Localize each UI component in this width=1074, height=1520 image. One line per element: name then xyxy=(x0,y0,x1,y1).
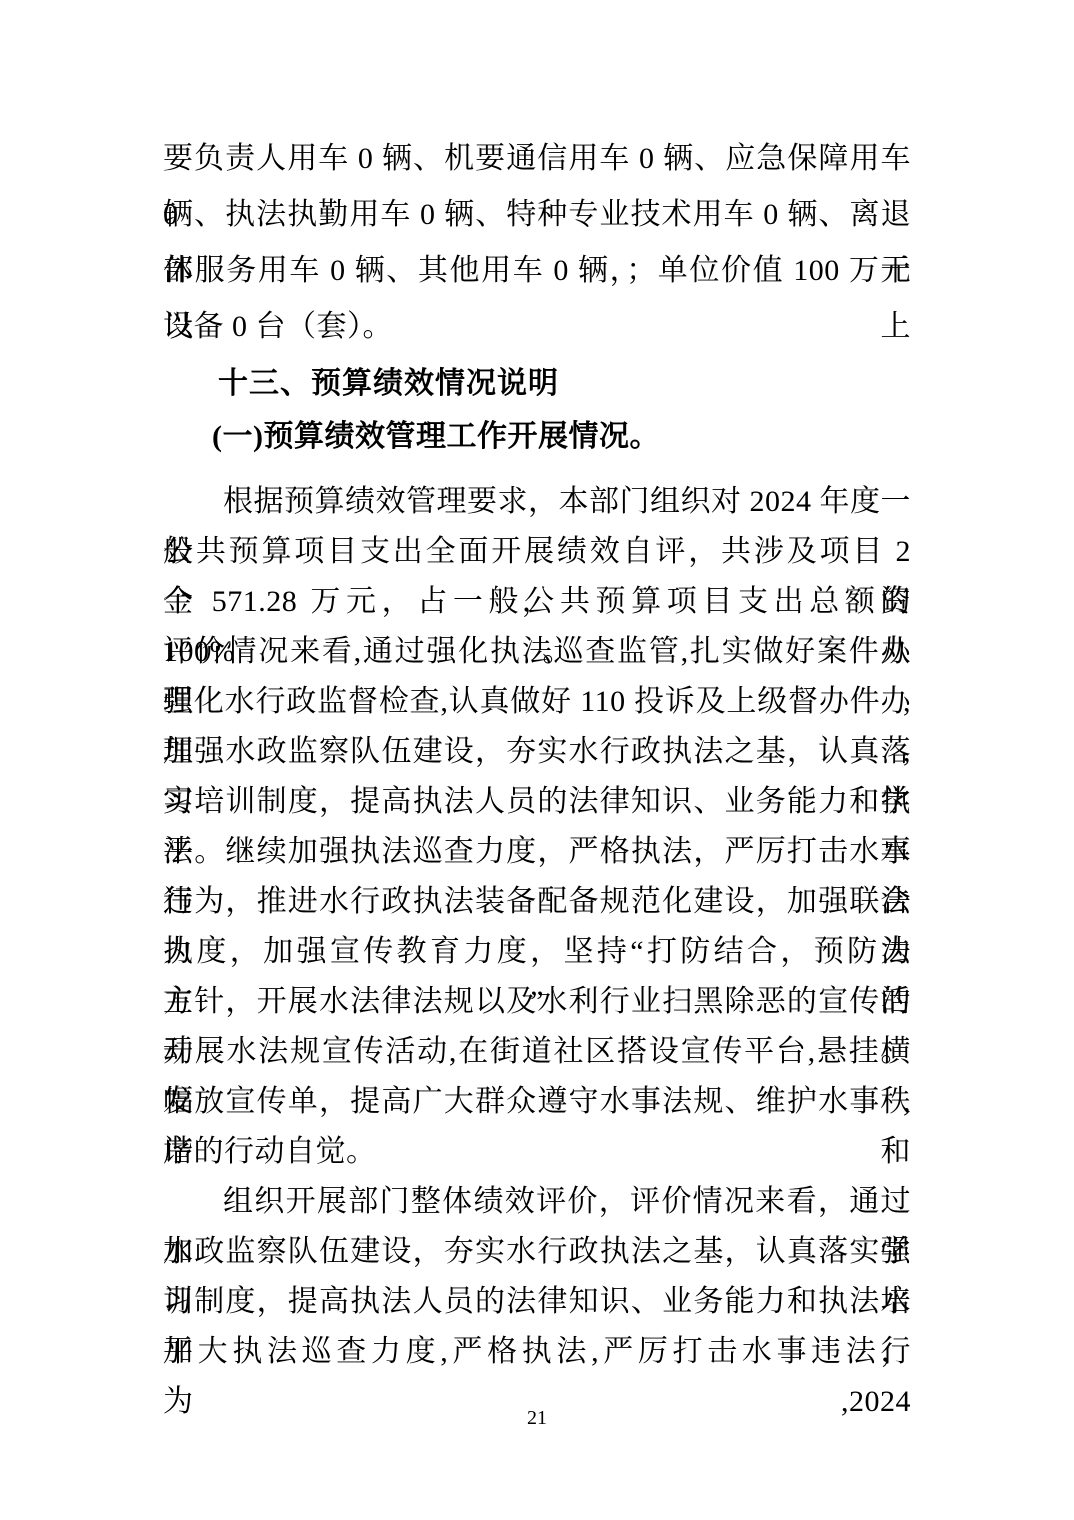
text-line: 要负责人用车 0 辆、机要通信用车 0 辆、应急保障用车 0 xyxy=(163,131,911,187)
paragraph-vehicle-counts: 要负责人用车 0 辆、机要通信用车 0 辆、应急保障用车 0 辆、执法执勤用车 … xyxy=(163,131,911,355)
section-subheading: (一)预算绩效管理工作开展情况。 xyxy=(163,412,911,462)
page-number: 21 xyxy=(0,1404,1074,1432)
text-line: 评价情况来看,通过强化执法巡查监管,扎实做好案件办理, xyxy=(163,627,911,677)
document-page: 要负责人用车 0 辆、机要通信用车 0 辆、应急保障用车 0 辆、执法执勤用车 … xyxy=(0,0,1074,1520)
text-line: 部服务用车 0 辆、其他用车 0 辆，；单位价值 100 万元以上 xyxy=(163,243,911,299)
text-line: 行为，推进水行政执法装备配备规范化建设，加强联合执法 xyxy=(163,877,911,927)
text-line: 水政监察队伍建设，夯实水行政执法之基，认真落实学习培 xyxy=(163,1227,911,1277)
text-line: 力度，加强宣传教育力度，坚持“打防结合，预防为主”的 xyxy=(163,927,911,977)
text-line: 加大执法巡查力度,严格执法,严厉打击水事违法行为,2024 xyxy=(163,1327,911,1377)
text-line: 加强水政监察队伍建设，夯实水行政执法之基，认真落实学 xyxy=(163,727,911,777)
text-line: 公共预算项目支出全面开展绩效自评，共涉及项目 2 个，资 xyxy=(163,527,911,577)
text-line: 金 571.28 万元，占一般公共预算项目支出总额的 100%。从 xyxy=(163,577,911,627)
text-line: 开展水法规宣传活动,在街道社区搭设宣传平台,悬挂横幅, xyxy=(163,1027,911,1077)
paragraph-performance-self-evaluation: 根据预算绩效管理要求，本部门组织对 2024 年度一般 公共预算项目支出全面开展… xyxy=(163,477,911,1177)
text-line: 平。继续加强执法巡查力度，严格执法，严厉打击水事违法 xyxy=(163,827,911,877)
section-heading: 十三、预算绩效情况说明 xyxy=(163,359,911,409)
text-line: 方针，开展水法律法规以及水利行业扫黑除恶的宣传活动。 xyxy=(163,977,911,1027)
paragraph-overall-performance-evaluation: 组织开展部门整体绩效评价，评价情况来看，通过加强 水政监察队伍建设，夯实水行政执… xyxy=(163,1177,911,1377)
text-line: 强化水行政监督检查,认真做好 110 投诉及上级督办件办理, xyxy=(163,677,911,727)
document-body: 要负责人用车 0 辆、机要通信用车 0 辆、应急保障用车 0 辆、执法执勤用车 … xyxy=(163,131,911,1377)
text-line: 训制度，提高执法人员的法律知识、业务能力和执法水平， xyxy=(163,1277,911,1327)
text-line: 辆、执法执勤用车 0 辆、特种专业技术用车 0 辆、离退休干 xyxy=(163,187,911,243)
text-line: 组织开展部门整体绩效评价，评价情况来看，通过加强 xyxy=(163,1177,911,1227)
text-line: 发放宣传单，提高广大群众遵守水事法规、维护水事秩序和 xyxy=(163,1077,911,1127)
text-line: 根据预算绩效管理要求，本部门组织对 2024 年度一般 xyxy=(163,477,911,527)
text-line: 习培训制度，提高执法人员的法律知识、业务能力和执法水 xyxy=(163,777,911,827)
